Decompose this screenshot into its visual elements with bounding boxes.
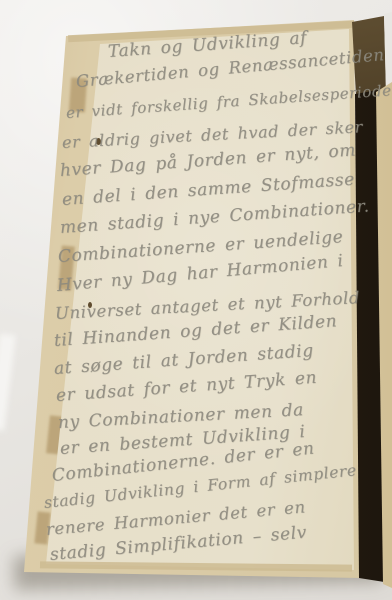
notebook-photo: Takn og Udvikling af Grækertiden og Renæ…: [0, 0, 392, 600]
background-object: [0, 333, 16, 430]
